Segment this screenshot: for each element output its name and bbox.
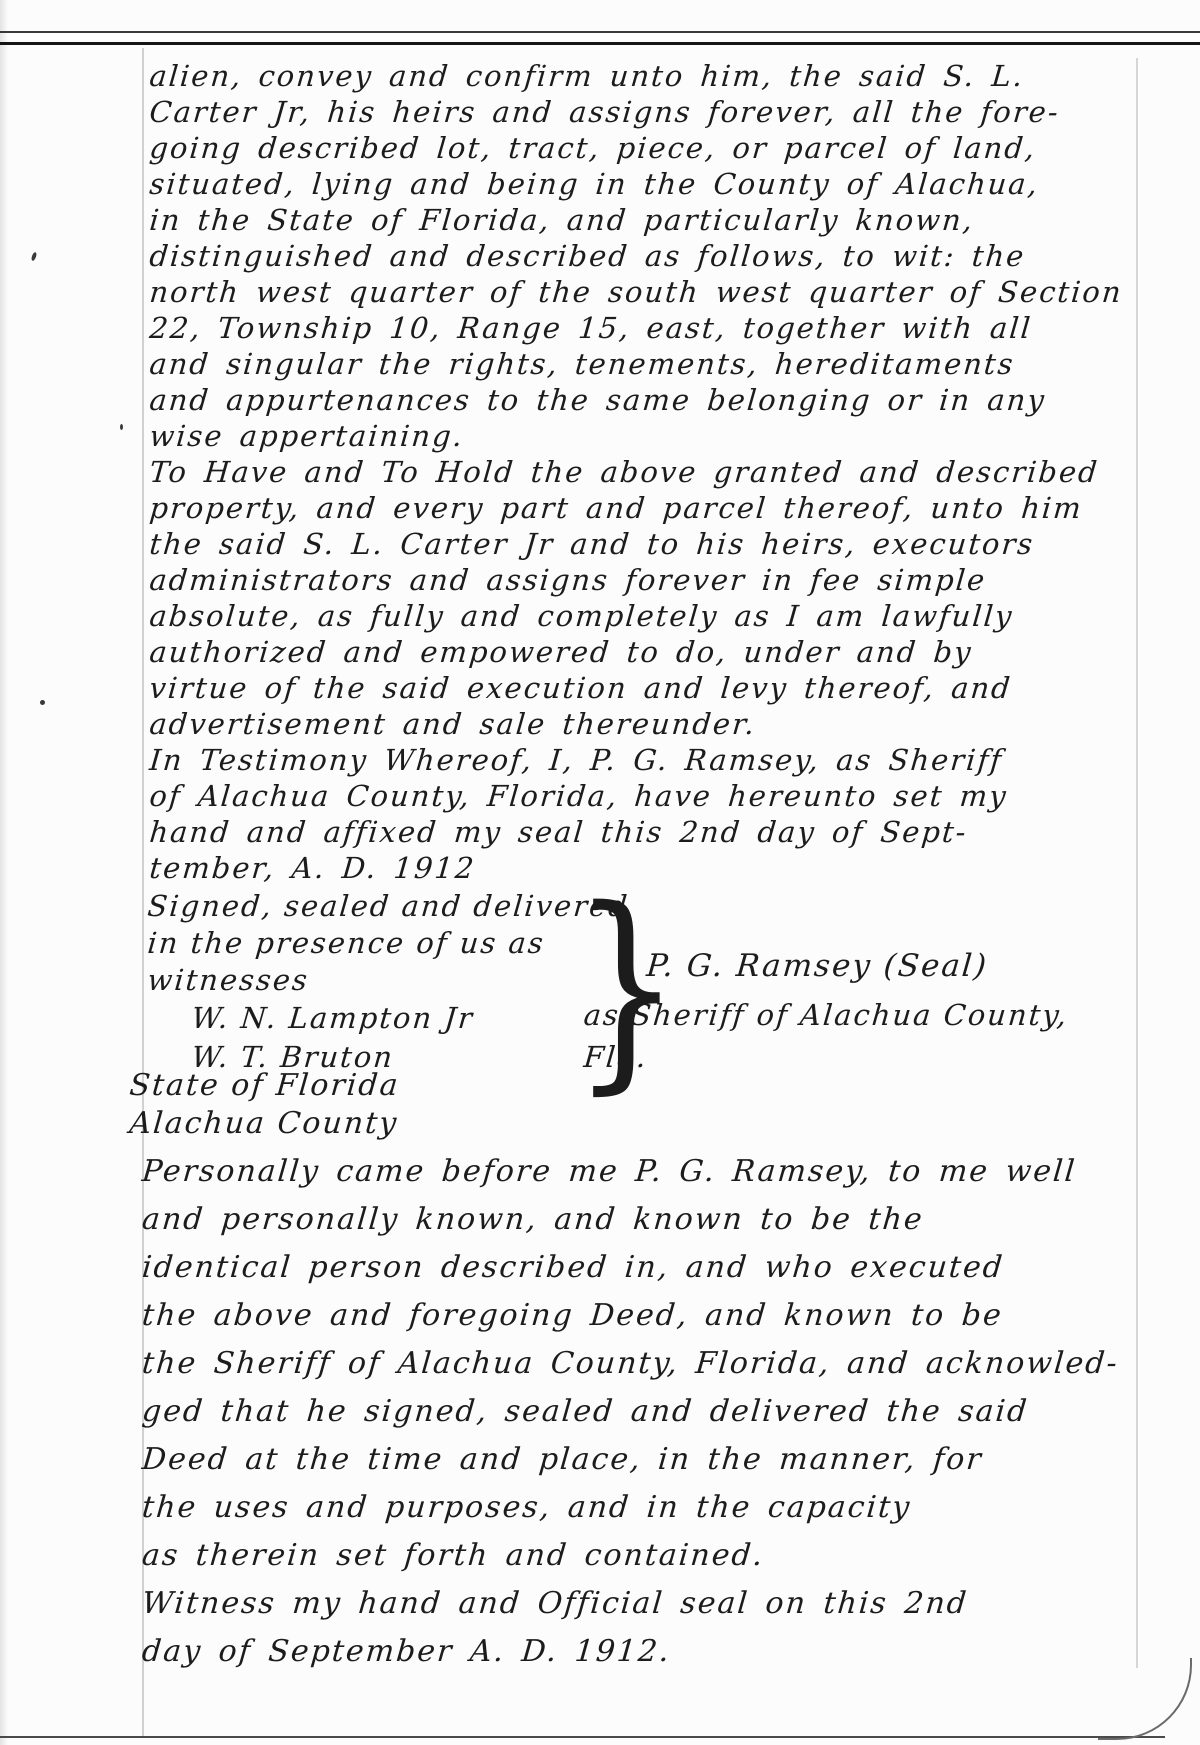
witness-signatures: W. N. Lampton JrW. T. Bruton	[190, 999, 472, 1077]
scan-speck	[31, 252, 38, 262]
scanned-deed-page: alien, convey and confirm unto him, the …	[0, 0, 1200, 1745]
witness-signature-line: W. N. Lampton Jr	[190, 999, 476, 1038]
handwriting-line: To Have and To Hold the above granted an…	[148, 454, 1124, 490]
handwriting-line: property, and every part and parcel ther…	[148, 490, 1124, 526]
handwriting-line: in the State of Florida, and particularl…	[148, 202, 1124, 238]
sheriff-signature: P. G. Ramsey (Seal)	[645, 948, 990, 984]
handwriting-line: of Alachua County, Florida, have hereunt…	[148, 778, 1124, 814]
handwriting-line: alien, convey and confirm unto him, the …	[148, 58, 1124, 94]
handwriting-line: going described lot, tract, piece, or pa…	[148, 130, 1124, 166]
handwriting-line: as therein set forth and contained.	[140, 1532, 1121, 1580]
scan-speck	[120, 424, 123, 430]
handwriting-line: In Testimony Whereof, I, P. G. Ramsey, a…	[148, 742, 1124, 778]
handwriting-line: Signed, sealed and delivered	[146, 888, 631, 925]
handwriting-line: Carter Jr, his heirs and assigns forever…	[148, 94, 1124, 130]
handwriting-line: Fla.	[582, 1036, 1070, 1078]
handwriting-line: Personally came before me P. G. Ramsey, …	[140, 1148, 1121, 1196]
handwriting-line: identical person described in, and who e…	[140, 1244, 1121, 1292]
right-edge-rule	[1136, 58, 1138, 1668]
handwriting-line: authorized and empowered to do, under an…	[148, 634, 1124, 670]
handwriting-line: the said S. L. Carter Jr and to his heir…	[148, 526, 1124, 562]
handwriting-line: as Sheriff of Alachua County,	[582, 994, 1070, 1036]
attestation-statement: Signed, sealed and deliveredin the prese…	[146, 888, 627, 999]
handwriting-line: Deed at the time and place, in the manne…	[140, 1436, 1121, 1484]
handwriting-line: in the presence of us as	[146, 925, 631, 962]
handwriting-line: the Sheriff of Alachua County, Florida, …	[140, 1340, 1121, 1388]
acknowledgment-text: Personally came before me P. G. Ramsey, …	[140, 1148, 1117, 1676]
handwriting-line: day of September A. D. 1912.	[140, 1628, 1121, 1676]
handwriting-line: and personally known, and known to be th…	[140, 1196, 1121, 1244]
handwriting-line: 22, Township 10, Range 15, east, togethe…	[148, 310, 1124, 346]
handwriting-line: administrators and assigns forever in fe…	[148, 562, 1124, 598]
scan-speck	[40, 700, 45, 705]
venue-state-line: State of Florida	[128, 1068, 401, 1103]
handwriting-line: situated, lying and being in the County …	[148, 166, 1124, 202]
handwriting-line: north west quarter of the south west qua…	[148, 274, 1124, 310]
venue-county-line: Alachua County	[128, 1106, 400, 1141]
handwriting-line: advertisement and sale thereunder.	[148, 706, 1124, 742]
handwriting-line: and appurtenances to the same belonging …	[148, 382, 1124, 418]
handwriting-line: hand and affixed my seal this 2nd day of…	[148, 814, 1124, 850]
handwriting-line: distinguished and described as follows, …	[148, 238, 1124, 274]
handwriting-line: witnesses	[146, 962, 631, 999]
sheriff-signature-title: as Sheriff of Alachua County,Fla.	[582, 994, 1066, 1078]
deed-body-text: alien, convey and confirm unto him, the …	[148, 58, 1121, 886]
handwriting-line: ged that he signed, sealed and delivered…	[140, 1388, 1121, 1436]
handwriting-line: absolute, as fully and completely as I a…	[148, 598, 1124, 634]
handwriting-line: and singular the rights, tenements, here…	[148, 346, 1124, 382]
handwriting-line: Witness my hand and Official seal on thi…	[140, 1580, 1121, 1628]
photocopy-left-edge-shade	[0, 0, 8, 1745]
page-bottom-edge-line	[0, 1736, 1165, 1738]
handwriting-line: wise appertaining.	[148, 418, 1124, 454]
handwriting-line: the uses and purposes, and in the capaci…	[140, 1484, 1121, 1532]
scan-artifact-top-line-1	[0, 31, 1200, 33]
scan-artifact-top-line-2	[0, 42, 1200, 45]
handwriting-line: the above and foregoing Deed, and known …	[140, 1292, 1121, 1340]
handwriting-line: virtue of the said execution and levy th…	[148, 670, 1124, 706]
